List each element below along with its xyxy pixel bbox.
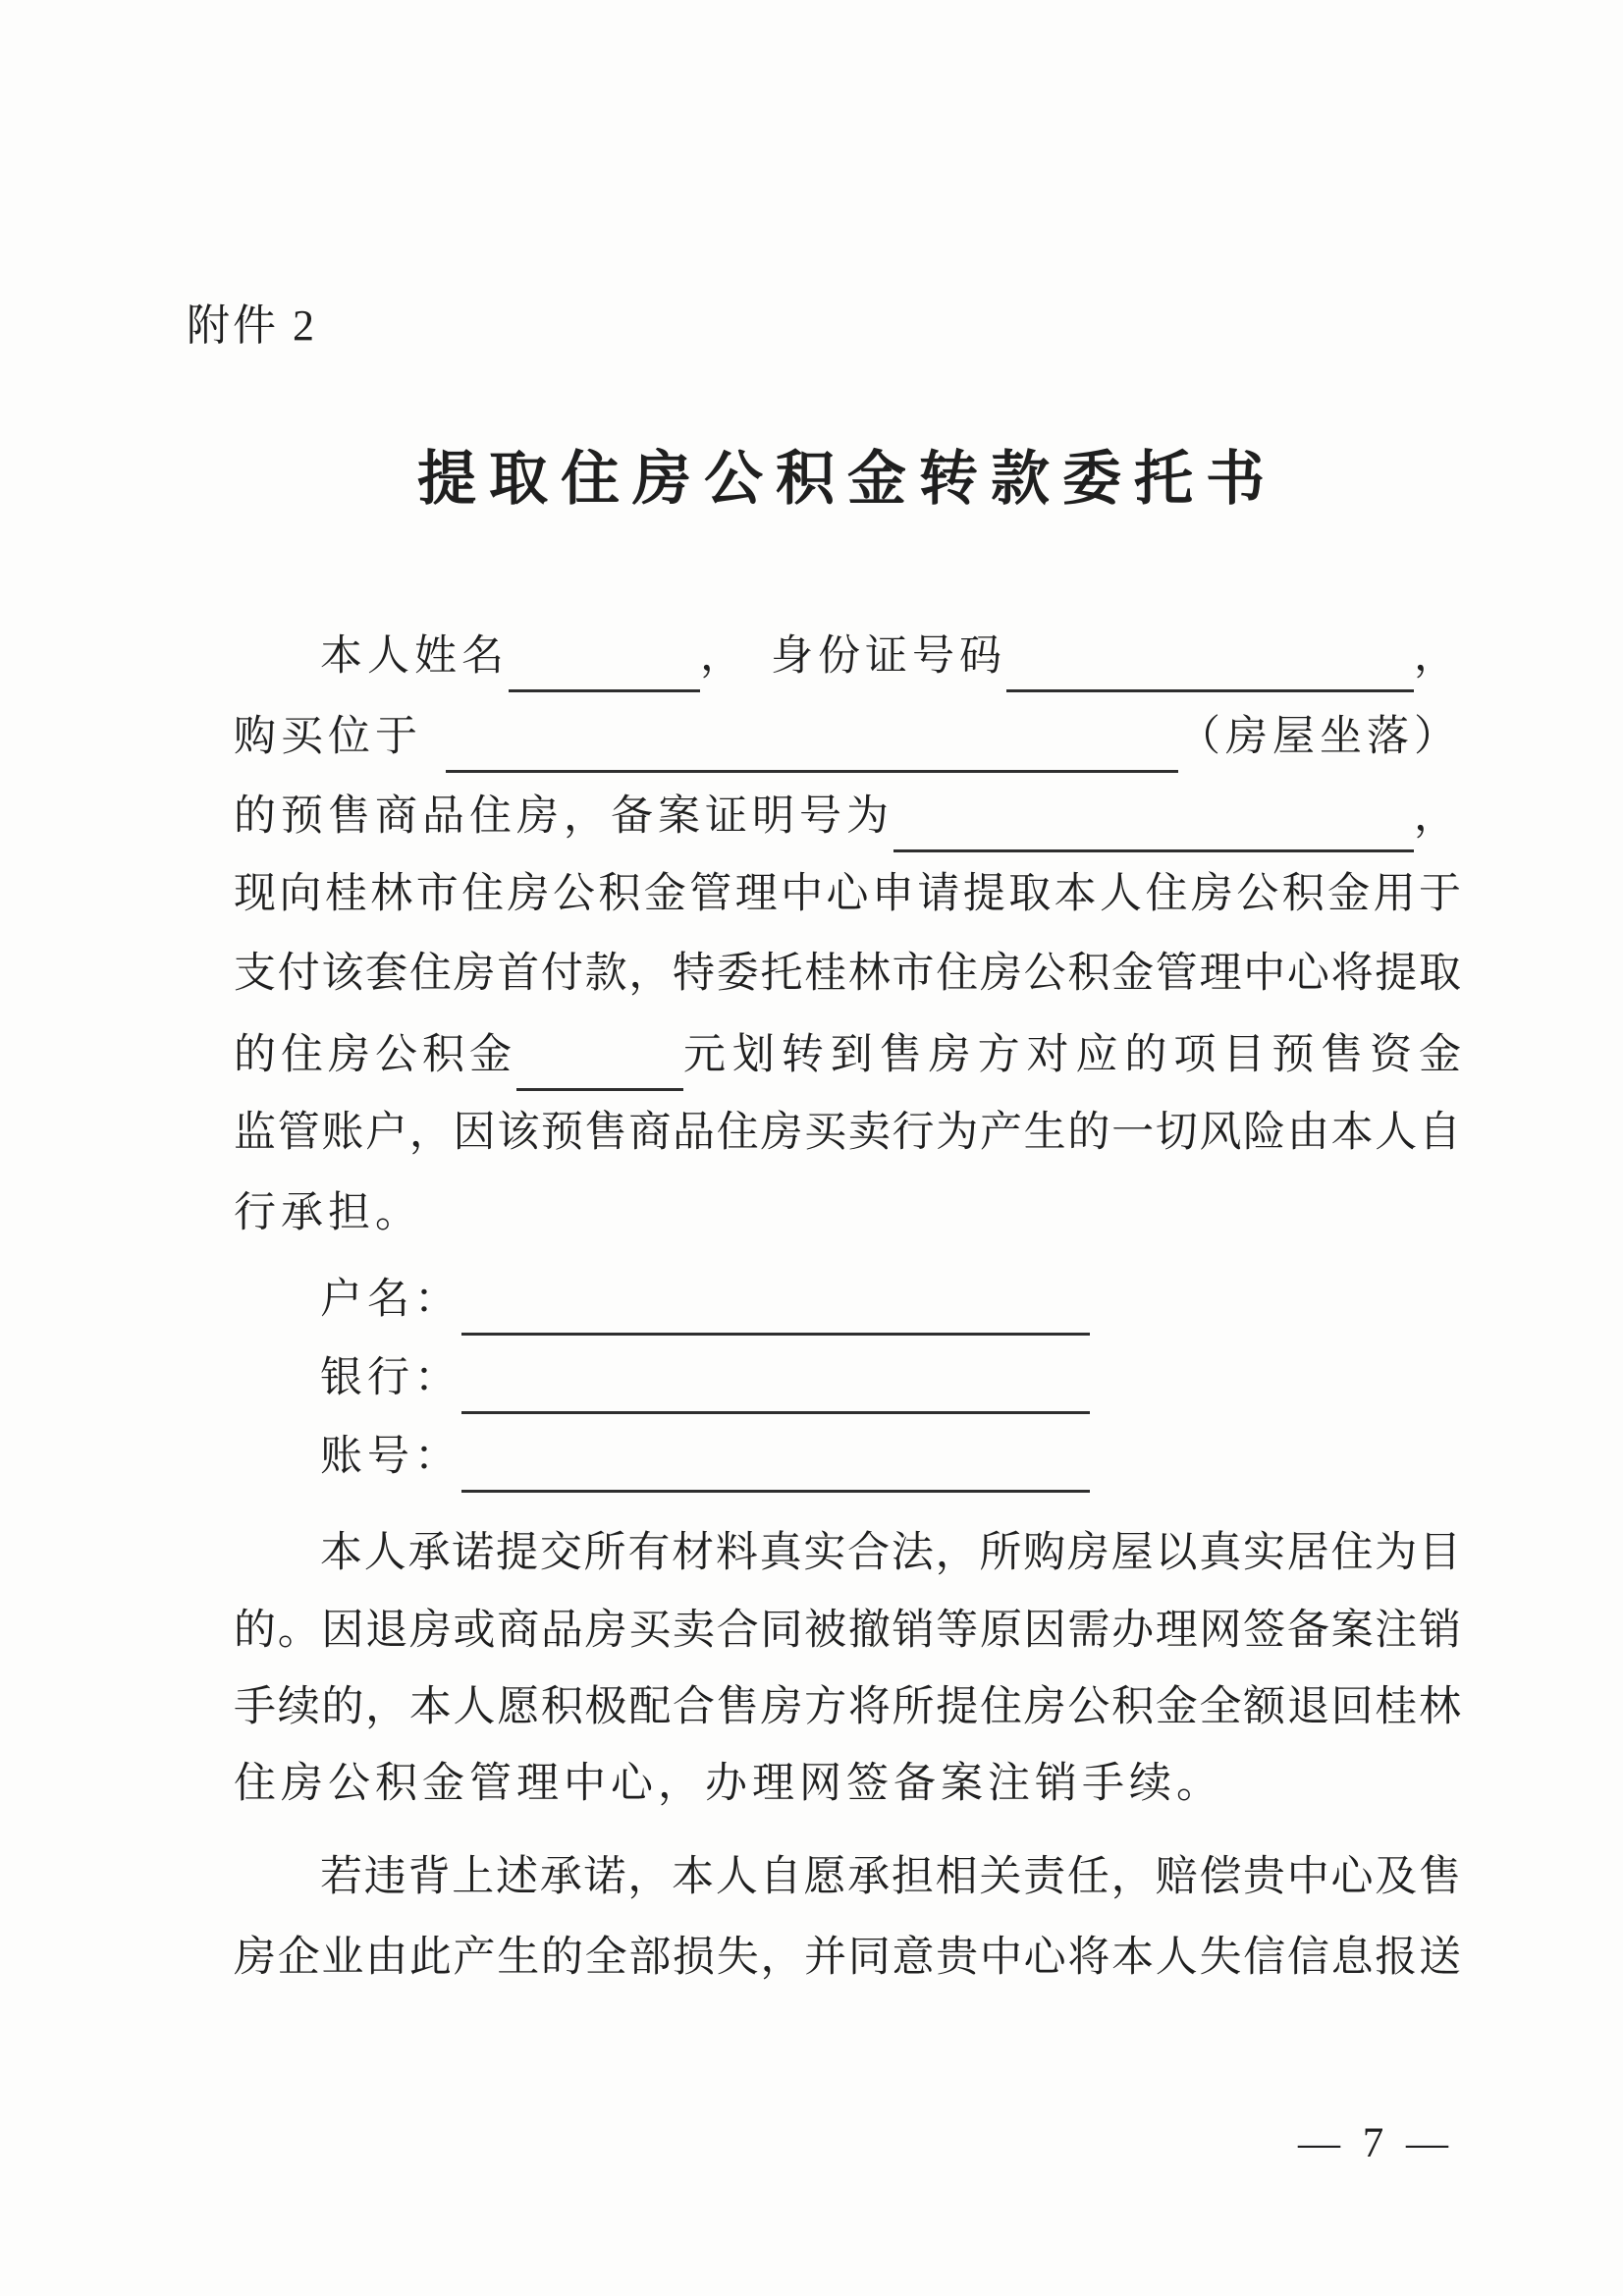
house-location-blank (446, 770, 1178, 773)
label-record-certificate-number: 的预售商品住房，备案证明号为 (234, 791, 893, 844)
account-name-blank (461, 1333, 1090, 1336)
document-title: 提取住房公积金转款委托书 (234, 432, 1461, 517)
bank-label: 银行： (320, 1352, 461, 1405)
label-fund-amount: 的住房公积金 (234, 1029, 516, 1082)
p1-line3: 的预售商品住房，备案证明号为 ， (234, 789, 1461, 844)
comma: ， (1414, 630, 1461, 683)
p1-line1: 本人姓名 ， 身份证号码 ， (234, 629, 1461, 683)
p2-line4: 住房公积金管理中心，办理网签备案注销手续。 (234, 1758, 1461, 1813)
label-transfer-target: 元划转到售房方对应的项目预售资金 (683, 1029, 1461, 1082)
p3-line2: 房企业由此产生的全部损失，并同意贵中心将本人失信信息报送 (234, 1932, 1461, 1987)
account-name-label: 户名： (320, 1274, 461, 1327)
bank-blank (461, 1411, 1090, 1414)
p1-line7: 监管账户，因该预售商品住房买卖行为产生的一切风险由本人自 (234, 1107, 1461, 1162)
label-id-number: 身份证号码 (771, 630, 1006, 683)
label-house-location: （房屋坐落） (1178, 711, 1461, 764)
applicant-name-blank (509, 689, 700, 692)
comma: ， (1414, 791, 1461, 844)
scanned-document-page: 附件 2 提取住房公积金转款委托书 本人姓名 ， 身份证号码 ， 购买位于 （房… (0, 0, 1623, 2296)
comma: ， (700, 630, 747, 683)
page-number: — 7 — (1298, 2119, 1454, 2167)
label-applicant-name: 本人姓名 (320, 630, 509, 683)
attachment-label: 附件 2 (187, 290, 317, 353)
p1-line2: 购买位于 （房屋坐落） (234, 709, 1543, 764)
p1-line4: 现向桂林市住房公积金管理中心申请提取本人住房公积金用于 (234, 868, 1461, 923)
label-purchase-located: 购买位于 (234, 711, 422, 764)
p3-line1: 若违背上述承诺，本人自愿承担相关责任，赔偿贵中心及售 (234, 1851, 1461, 1906)
account-number-row: 账号： (320, 1429, 1461, 1484)
record-number-blank (893, 849, 1414, 852)
id-number-blank (1006, 689, 1414, 692)
amount-blank (516, 1088, 683, 1091)
account-number-blank (461, 1490, 1090, 1493)
p1-line8: 行承担。 (234, 1187, 1461, 1242)
p2-line3: 手续的，本人愿积极配合售房方将所提住房公积金全额退回桂林 (234, 1681, 1461, 1736)
p2-line2: 的。因退房或商品房买卖合同被撤销等原因需办理网签备案注销 (234, 1605, 1461, 1660)
p1-line6: 的住房公积金 元划转到售房方对应的项目预售资金 (234, 1027, 1461, 1082)
account-number-label: 账号： (320, 1431, 461, 1484)
p1-line5: 支付该套住房首付款，特委托桂林市住房公积金管理中心将提取 (234, 948, 1461, 1003)
account-name-row: 户名： (320, 1272, 1461, 1327)
bank-row: 银行： (320, 1350, 1461, 1405)
p2-line1: 本人承诺提交所有材料真实合法，所购房屋以真实居住为目 (234, 1527, 1461, 1582)
